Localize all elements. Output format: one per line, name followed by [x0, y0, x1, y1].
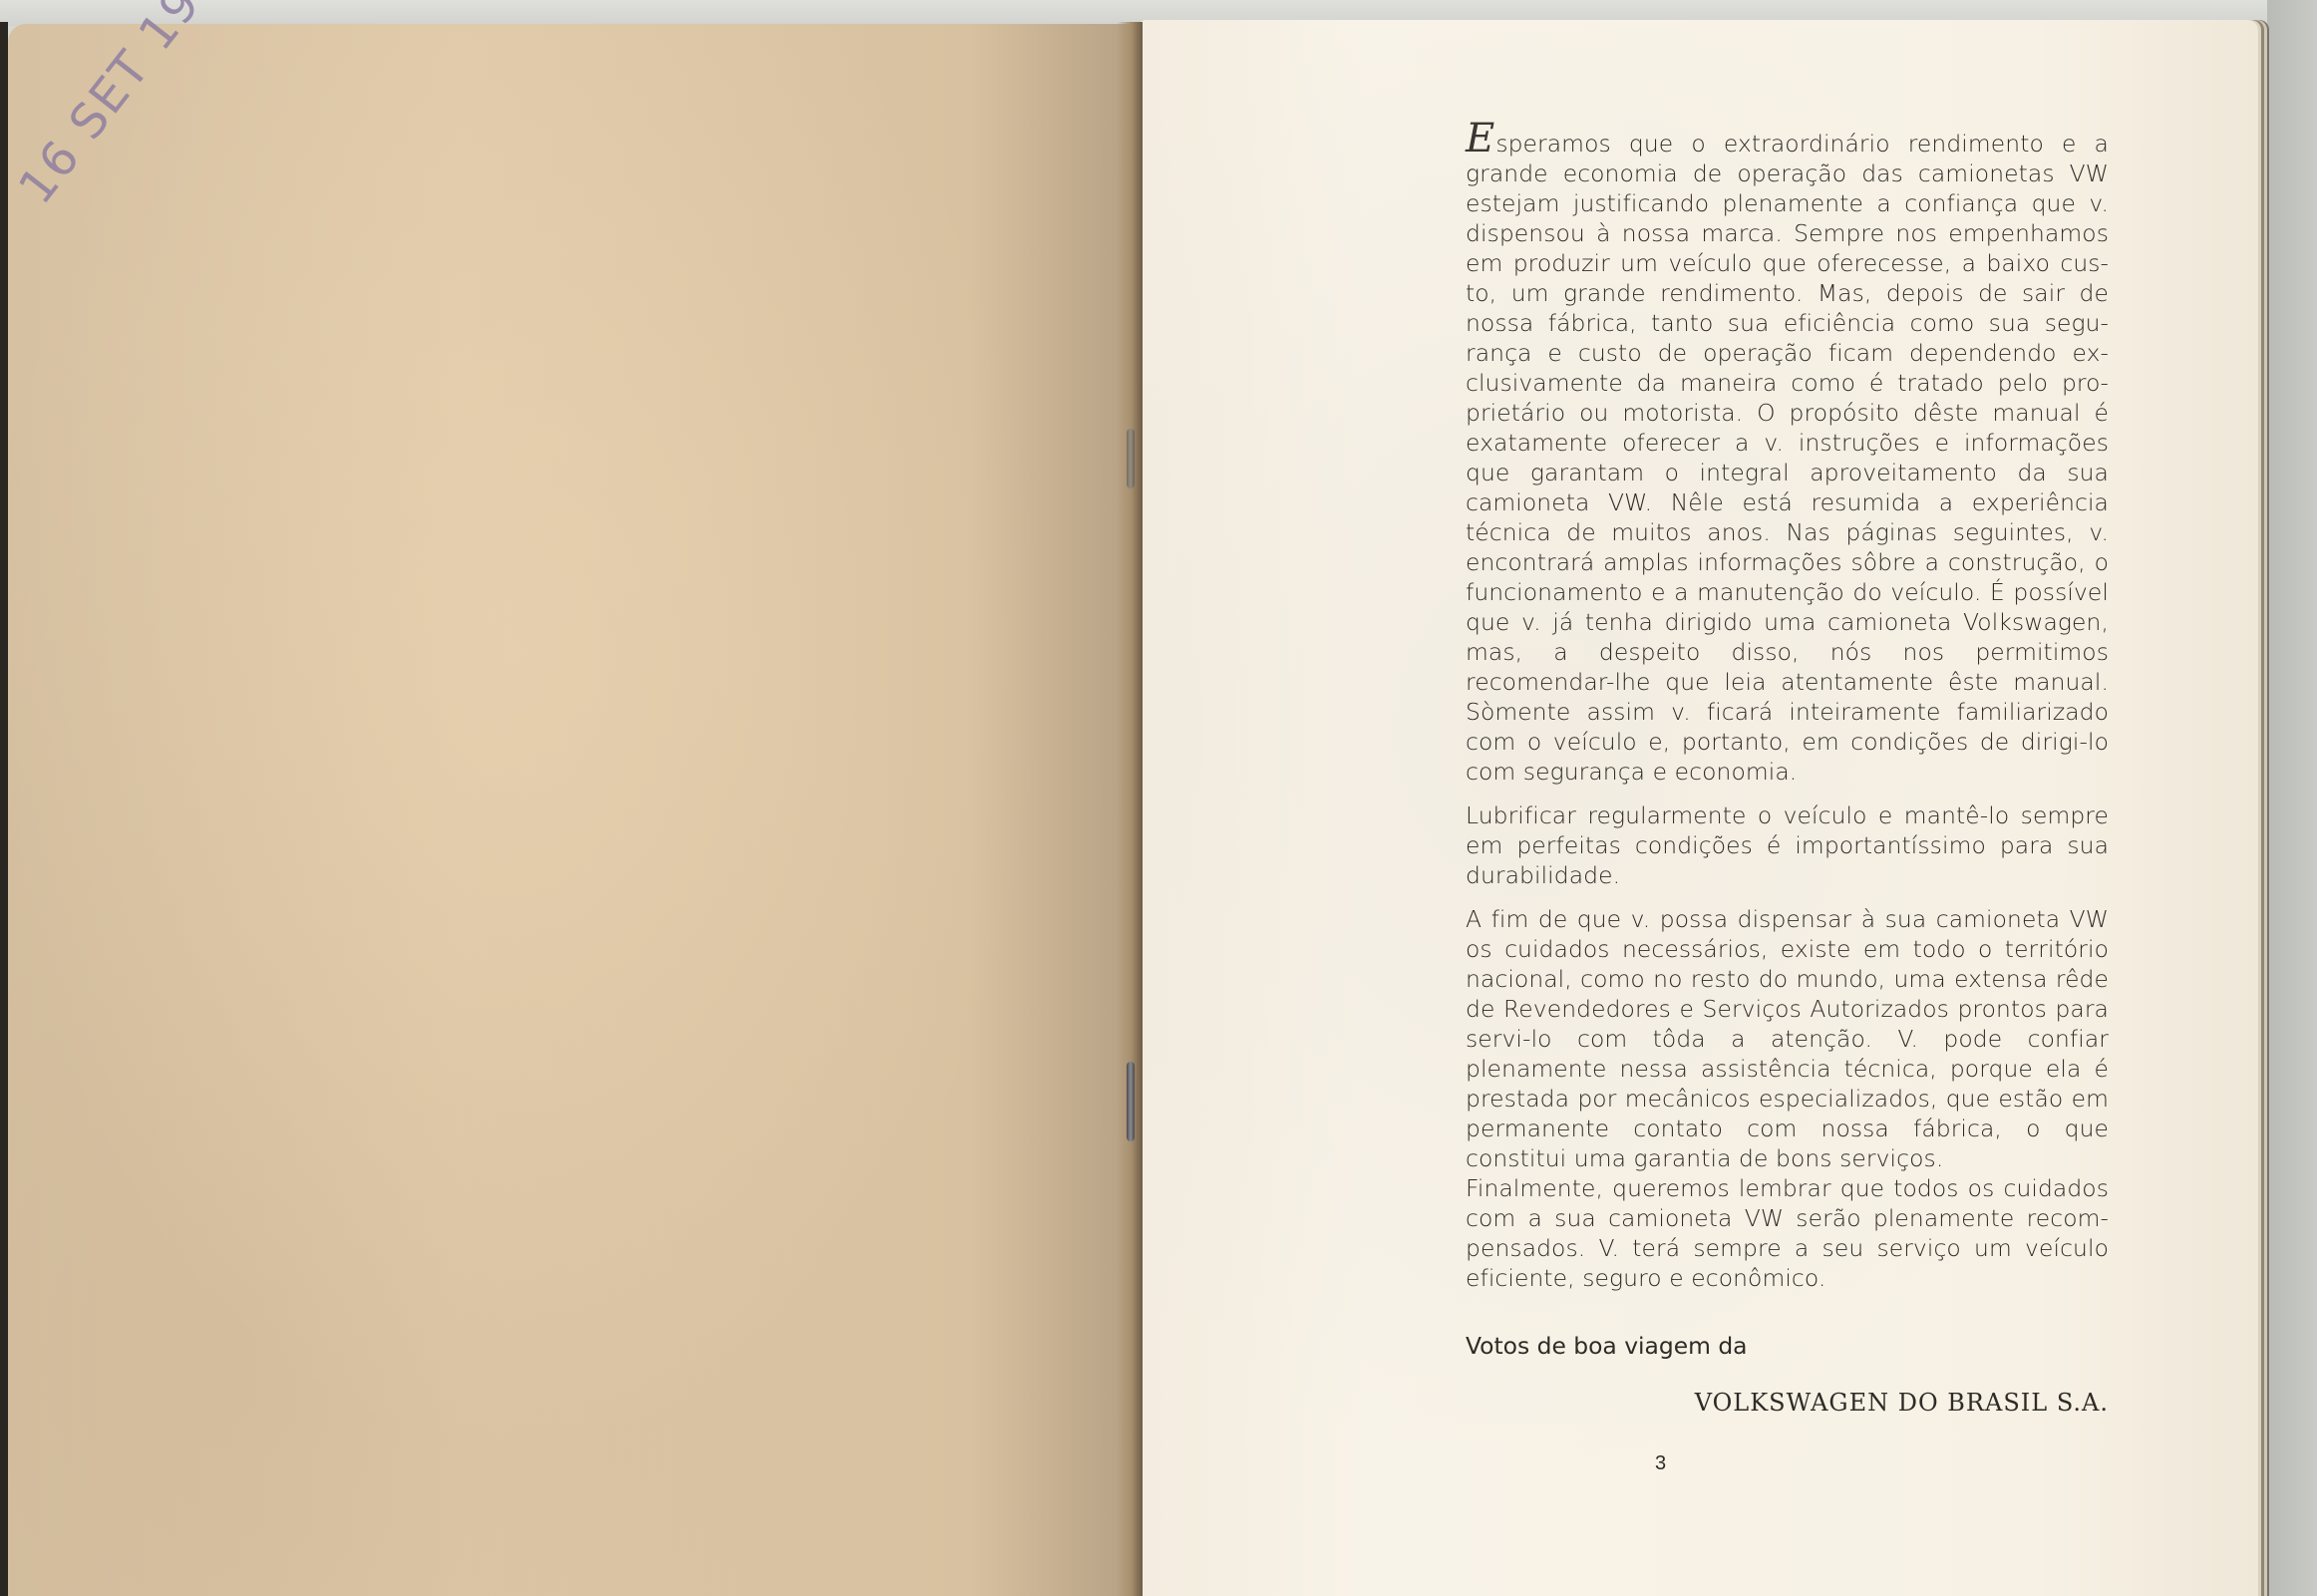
- paragraph-lubrication: Lubrificar regularmente o veículo e mant…: [1466, 800, 2109, 890]
- closing-line: Votos de boa viagem da: [1466, 1332, 1748, 1360]
- scanner-background-right: [2267, 0, 2317, 1596]
- staple-icon: [1127, 429, 1135, 488]
- cover-edge: [0, 22, 8, 1596]
- paragraph-intro: Esperamos que o extraordinário rendiment…: [1466, 124, 2109, 787]
- left-page: [8, 24, 1138, 1596]
- paragraph-intro-text: speramos que o extraordinário rendimento…: [1466, 130, 2109, 786]
- body-text: Esperamos que o extraordinário rendiment…: [1466, 124, 2109, 1307]
- book-gutter: [1117, 22, 1143, 1596]
- paragraph-service-network: A fim de que v. possa dispensar à sua ca…: [1466, 904, 2109, 1173]
- signature: VOLKSWAGEN DO BRASIL S.A.: [1643, 1389, 2109, 1417]
- staple-icon: [1127, 1062, 1135, 1141]
- paragraph-closing-remarks: Finalmente, queremos lembrar que todos o…: [1466, 1173, 2109, 1293]
- dropcap: E: [1466, 116, 1494, 161]
- page-number: 3: [1655, 1452, 1666, 1475]
